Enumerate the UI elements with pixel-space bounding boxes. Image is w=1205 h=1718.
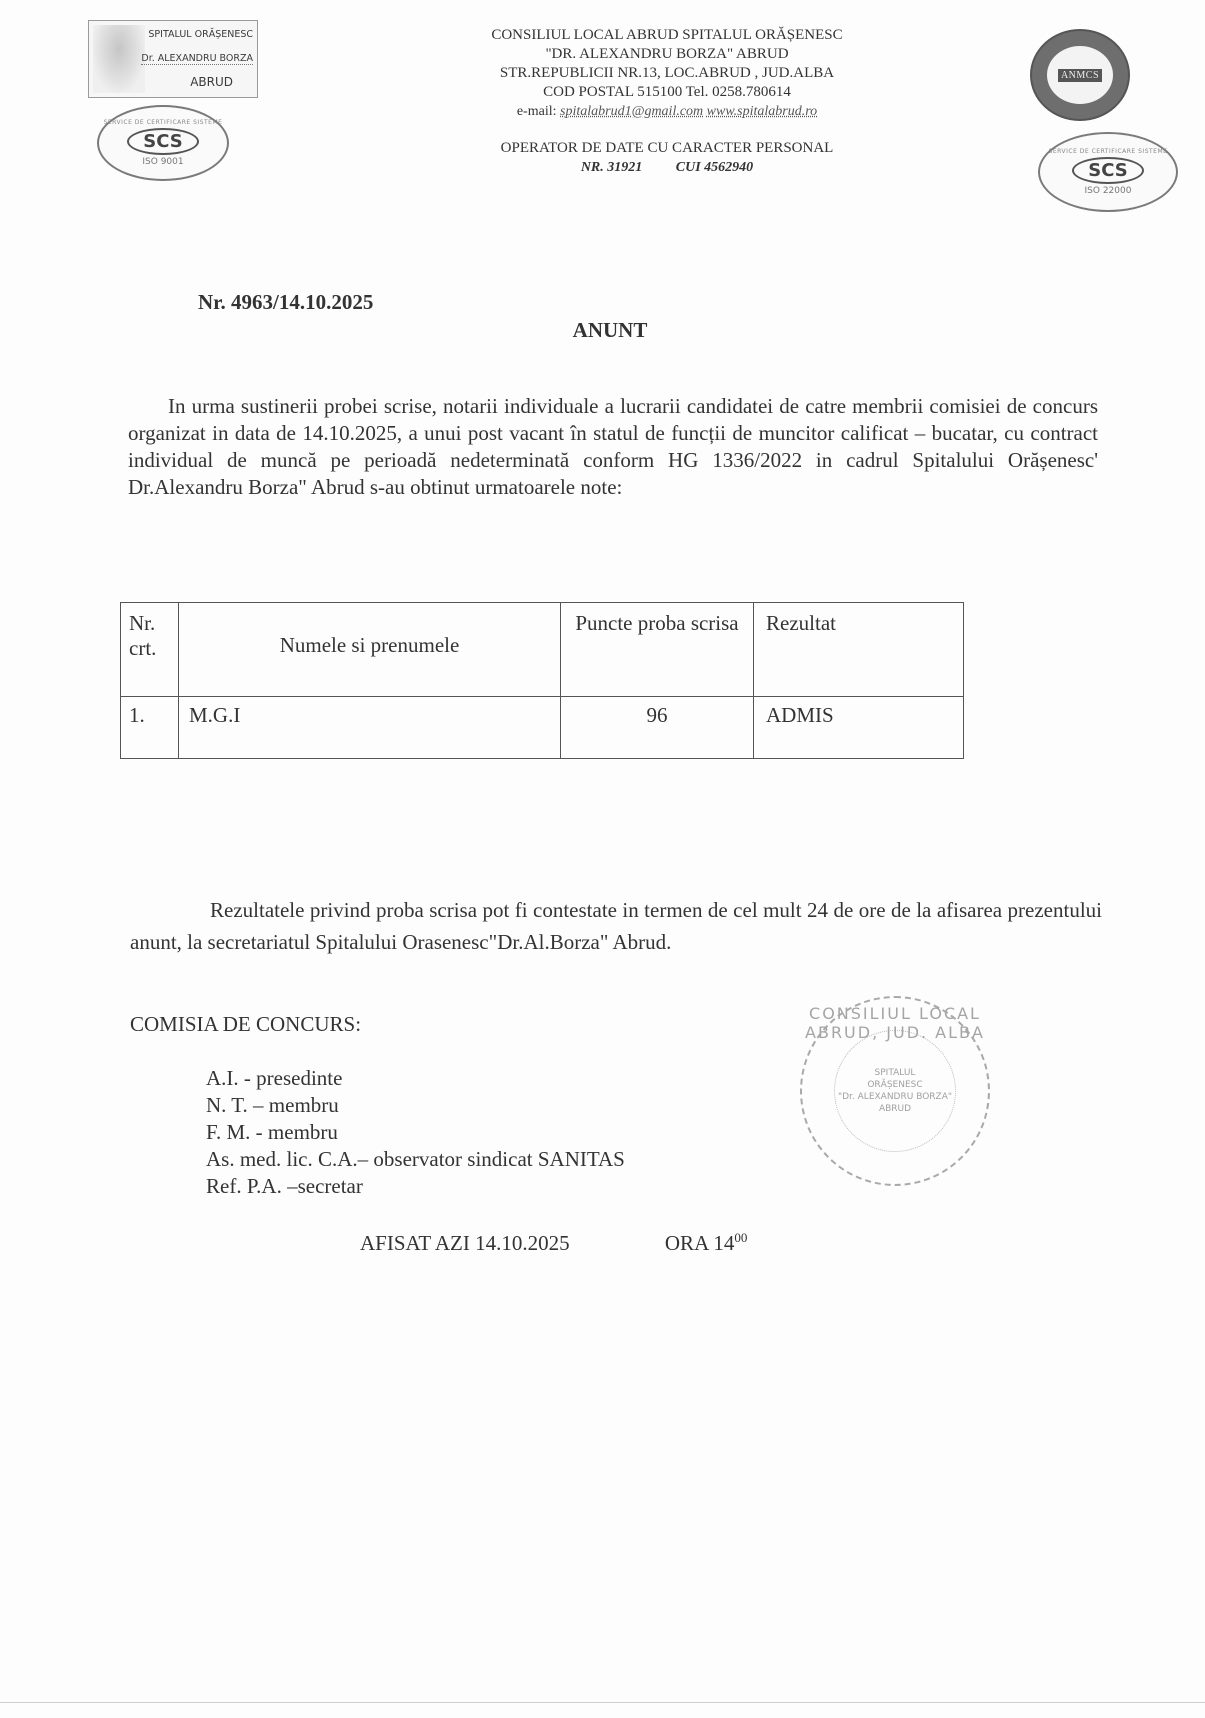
letterhead-line-2: "DR. ALEXANDRU BORZA" ABRUD (440, 45, 894, 64)
cui-number: CUI 4562940 (676, 160, 753, 175)
cell-result: ADMIS (754, 697, 964, 759)
header-name: Numele si prenumele (179, 603, 561, 697)
contact-line: e-mail: spitalabrud1@gmail.com www.spita… (440, 102, 894, 121)
letterhead: CONSILIUL LOCAL ABRUD SPITALUL ORĂȘENESC… (440, 26, 894, 177)
logo-line-town: ABRUD (190, 75, 233, 89)
intro-paragraph: In urma sustinerii probei scrise, notari… (128, 393, 1098, 501)
letterhead-line-1: CONSILIUL LOCAL ABRUD SPITALUL ORĂȘENESC (440, 26, 894, 45)
hospital-logo: SPITALUL ORĂȘENESC Dr. ALEXANDRU BORZA A… (88, 20, 258, 98)
anmcs-ring: ANMCS (1030, 29, 1130, 121)
scs-iso9001-seal: SERVICE DE CERTIFICARE SISTEME SCS ISO 9… (97, 105, 229, 181)
logo-line-name: Dr. ALEXANDRU BORZA (141, 53, 253, 65)
scs-iso22000-seal: SERVICE DE CERTIFICARE SISTEME SCS ISO 2… (1038, 132, 1178, 212)
document-number: Nr. 4963/14.10.2025 (198, 290, 373, 315)
official-round-stamp: CONSILIUL LOCAL ABRUD, JUD. ALBA SPITALU… (800, 996, 990, 1186)
header-result: Rezultat (754, 603, 964, 697)
member-item: Ref. P.A. –secretar (206, 1173, 625, 1200)
cell-points: 96 (561, 697, 754, 759)
table-row: 1. M.G.I 96 ADMIS (121, 697, 964, 759)
stamp-ring-text: CONSILIUL LOCAL ABRUD, JUD. ALBA (802, 1004, 988, 1042)
letterhead-line-3: STR.REPUBLICII NR.13, LOC.ABRUD , JUD.AL… (440, 64, 894, 83)
operator-number: NR. 31921 (581, 160, 642, 175)
seal-mark: SCS (127, 128, 198, 155)
email-link[interactable]: spitalabrud1@gmail.com (560, 104, 703, 119)
seal-mark: SCS (1072, 157, 1143, 184)
seal-ring-text: SERVICE DE CERTIFICARE SISTEME (104, 119, 223, 126)
seal-standard: ISO 22000 (1085, 186, 1132, 196)
portrait-image (93, 25, 145, 93)
email-label: e-mail: (517, 104, 557, 119)
cell-name: M.G.I (179, 697, 561, 759)
posted-line: AFISAT AZI 14.10.2025 ORA 1400 (360, 1230, 747, 1256)
posted-date: AFISAT AZI 14.10.2025 (360, 1231, 570, 1255)
results-table: Nr. crt. Numele si prenumele Puncte prob… (120, 602, 964, 759)
contest-notice: Rezultatele privind proba scrisa pot fi … (130, 894, 1102, 958)
level-icon: III (1146, 50, 1168, 72)
table-header-row: Nr. crt. Numele si prenumele Puncte prob… (121, 603, 964, 697)
stamp-center: SPITALUL ORĂȘENESC "Dr. ALEXANDRU BORZA"… (834, 1030, 956, 1152)
anmcs-accreditation-badge: ANMCS III ACREDITAT CU REZERVE (1030, 25, 1180, 125)
commission-title: COMISIA DE CONCURS: (130, 1012, 361, 1037)
header-nr: Nr. crt. (121, 603, 179, 697)
seal-standard: ISO 9001 (142, 157, 183, 167)
member-item: A.I. - presedinte (206, 1065, 625, 1092)
document-title: ANUNT (560, 318, 660, 343)
logo-line-hospital: SPITALUL ORĂȘENESC (148, 29, 253, 40)
website-link[interactable]: www.spitalabrud.ro (707, 104, 817, 119)
header-points: Puncte proba scrisa (561, 603, 754, 697)
commission-members: A.I. - presedinte N. T. – membru F. M. -… (206, 1065, 625, 1200)
member-item: N. T. – membru (206, 1092, 625, 1119)
operator-ids: NR. 31921 CUI 4562940 (440, 158, 894, 177)
cell-nr: 1. (121, 697, 179, 759)
data-operator-label: OPERATOR DE DATE CU CARACTER PERSONAL (440, 139, 894, 158)
member-item: F. M. - membru (206, 1119, 625, 1146)
accreditation-status: ACREDITAT CU REZERVE (1141, 75, 1174, 96)
page-bottom-divider (0, 1702, 1205, 1703)
letterhead-line-4: COD POSTAL 515100 Tel. 0258.780614 (440, 83, 894, 102)
posted-time: ORA 1400 (665, 1231, 747, 1255)
seal-ring-text: SERVICE DE CERTIFICARE SISTEME (1049, 148, 1168, 155)
anmcs-label: ANMCS (1058, 69, 1102, 82)
member-item: As. med. lic. C.A.– observator sindicat … (206, 1146, 625, 1173)
